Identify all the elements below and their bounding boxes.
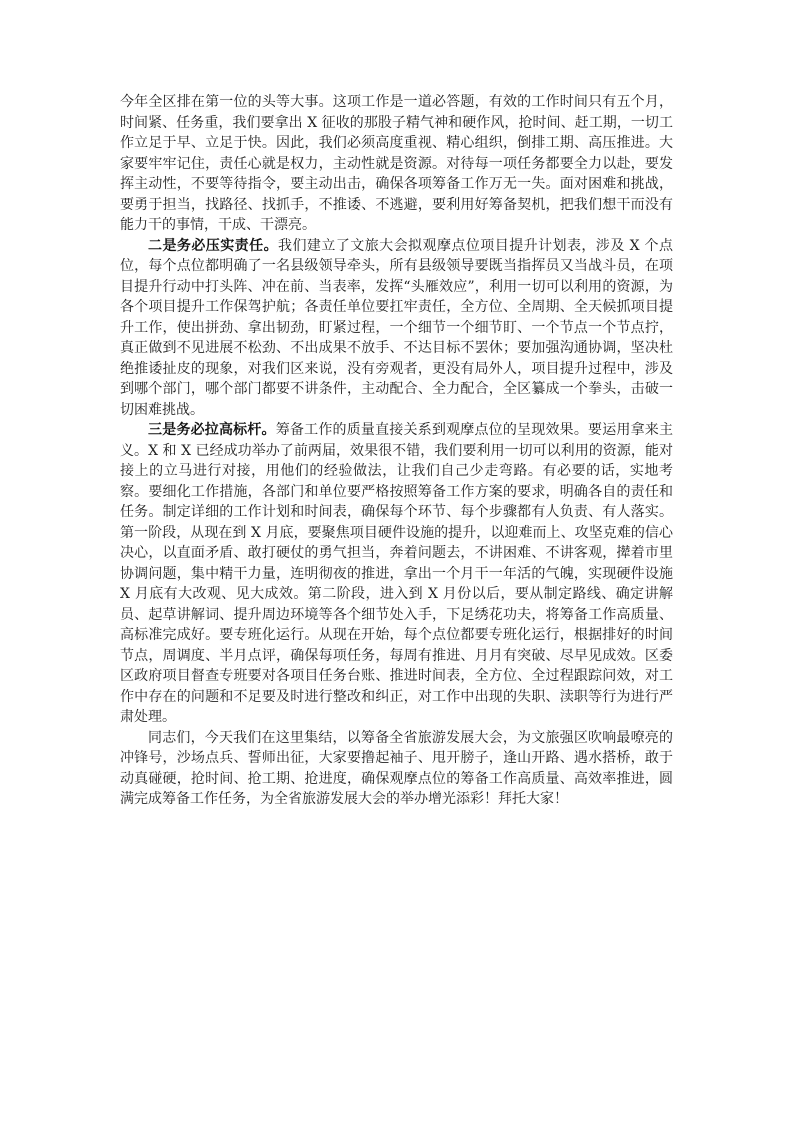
paragraph-heading: 二是务必压实责任。 bbox=[148, 238, 278, 254]
paragraph-closing: 同志们，今天我们在这里集结，以筹备全省旅游发展大会，为文旅强区吹响最嘹亮的冲锋号… bbox=[120, 728, 673, 810]
paragraph-responsibility: 二是务必压实责任。我们建立了文旅大会拟观摩点位项目提升计划表，涉及 X 个点位，… bbox=[120, 236, 673, 421]
paragraph-benchmark: 三是务必拉高标杆。筹备工作的质量直接关系到观摩点位的呈现效果。要运用拿来主义。X… bbox=[120, 420, 673, 728]
paragraph-text: 今年全区排在第一位的头等大事。这项工作是一道必答题，有效的工作时间只有五个月，时… bbox=[120, 94, 673, 233]
paragraph-text: 同志们，今天我们在这里集结，以筹备全省旅游发展大会，为文旅强区吹响最嘹亮的冲锋号… bbox=[120, 730, 673, 808]
document-page: 今年全区排在第一位的头等大事。这项工作是一道必答题，有效的工作时间只有五个月，时… bbox=[120, 92, 673, 810]
paragraph-text: 我们建立了文旅大会拟观摩点位项目提升计划表，涉及 X 个点位，每个点位都明确了一… bbox=[120, 238, 673, 418]
paragraph-continuation: 今年全区排在第一位的头等大事。这项工作是一道必答题，有效的工作时间只有五个月，时… bbox=[120, 92, 673, 236]
paragraph-text: 筹备工作的质量直接关系到观摩点位的呈现效果。要运用拿来主义。X 和 X 已经成功… bbox=[120, 422, 673, 725]
paragraph-heading: 三是务必拉高标杆。 bbox=[148, 422, 276, 438]
